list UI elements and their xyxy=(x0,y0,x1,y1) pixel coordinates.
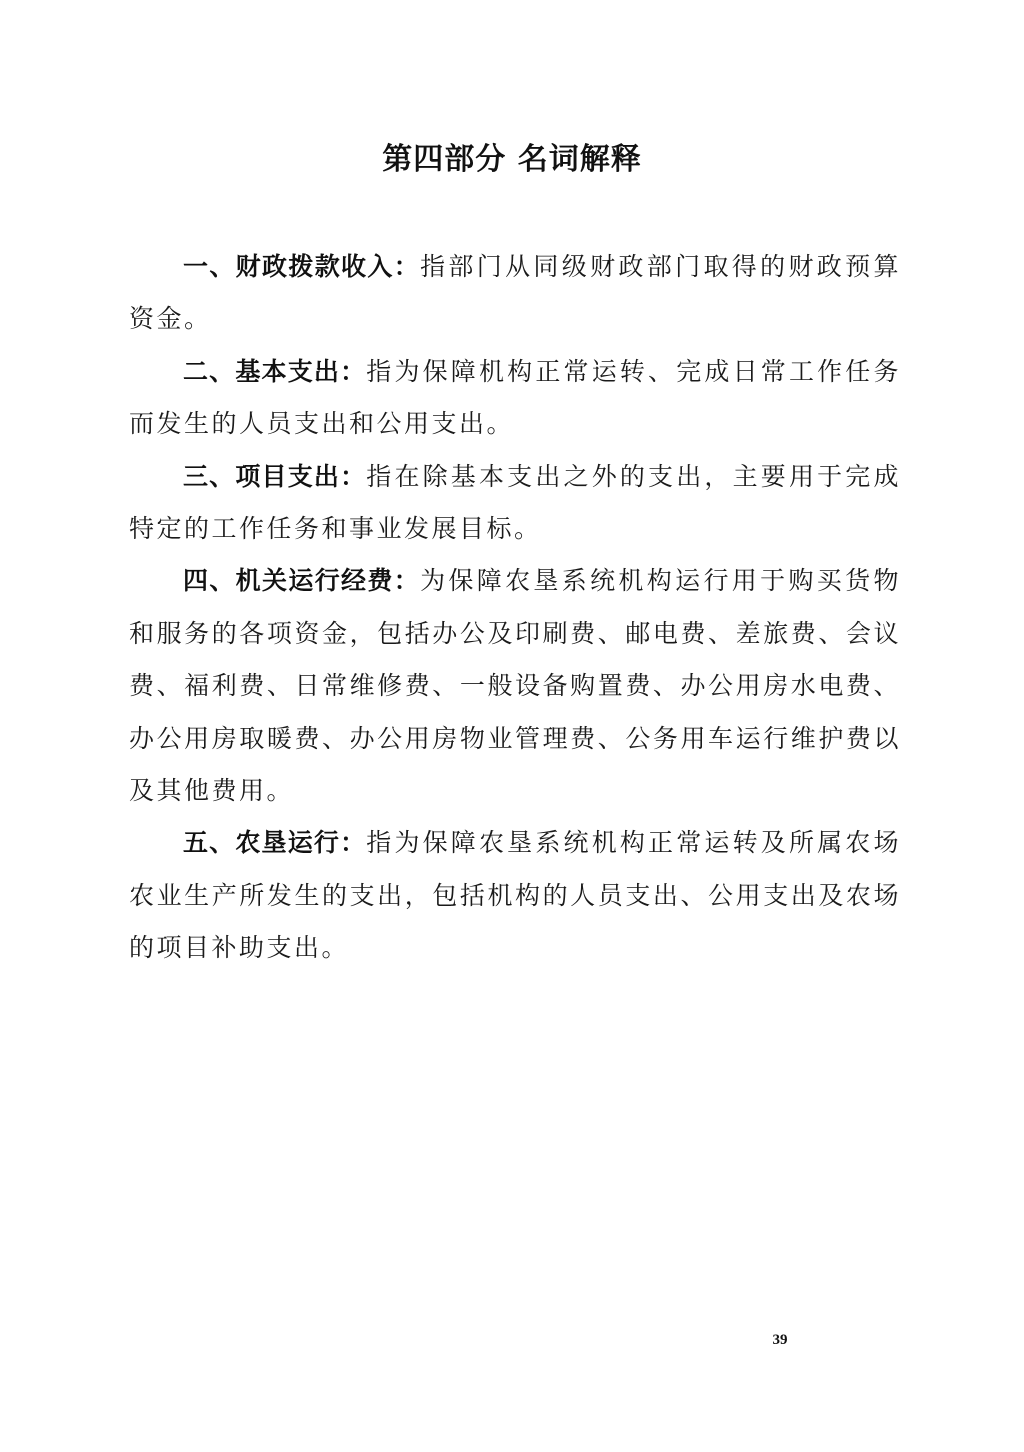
definition-item: 五、农垦运行：指为保障农垦系统机构正常运转及所属农场农业生产所发生的支出，包括机… xyxy=(129,817,901,974)
definitions-list: 一、财政拨款收入：指部门从同级财政部门取得的财政预算资金。 二、基本支出：指为保… xyxy=(129,241,901,975)
definition-item: 二、基本支出：指为保障机构正常运转、完成日常工作任务而发生的人员支出和公用支出。 xyxy=(129,346,901,451)
definition-item: 三、项目支出：指在除基本支出之外的支出，主要用于完成特定的工作任务和事业发展目标… xyxy=(129,451,901,556)
definition-text: 为保障农垦系统机构运行用于购买货物和服务的各项资金，包括办公及印刷费、邮电费、差… xyxy=(129,566,901,805)
page-title: 第四部分 名词解释 xyxy=(0,138,1024,182)
definition-term: 五、农垦运行： xyxy=(183,828,366,857)
definition-term: 一、财政拨款收入： xyxy=(183,252,420,281)
definition-term: 三、项目支出： xyxy=(183,462,366,491)
definition-item: 一、财政拨款收入：指部门从同级财政部门取得的财政预算资金。 xyxy=(129,241,901,346)
document-page: 第四部分 名词解释 一、财政拨款收入：指部门从同级财政部门取得的财政预算资金。 … xyxy=(0,0,1024,1452)
definition-term: 二、基本支出： xyxy=(183,357,366,386)
definition-item: 四、机关运行经费：为保障农垦系统机构运行用于购买货物和服务的各项资金，包括办公及… xyxy=(129,555,901,817)
definition-term: 四、机关运行经费： xyxy=(183,566,420,595)
page-number: 39 xyxy=(762,1332,798,1349)
